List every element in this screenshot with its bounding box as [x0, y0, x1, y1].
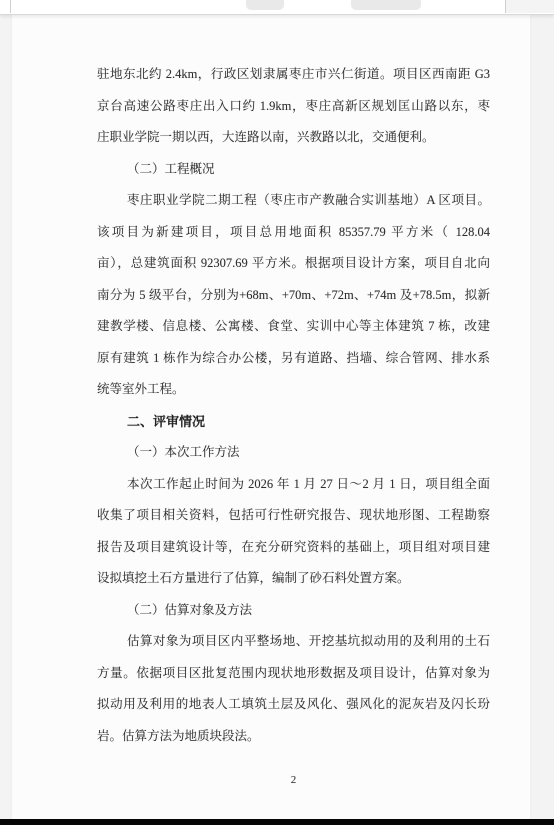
tab-stub-small[interactable] [246, 0, 284, 10]
doc-text-line: 报告及项目建筑设计等，在充分研究资料的基础上，项目组对项目建 [97, 532, 490, 564]
bottom-edge-bar [0, 819, 554, 825]
page-number: 2 [97, 765, 490, 797]
doc-text-line: （一）本次工作方法 [97, 437, 490, 469]
doc-text-line: 统等室外工程。 [97, 374, 490, 406]
doc-text-line: 枣庄职业学院二期工程（枣庄市产教融合实训基地）A 区项目。 [97, 185, 490, 217]
doc-heading-line: 二、评审情况 [97, 406, 490, 438]
doc-text-line: 拟动用及利用的地表人工填筑土层及风化、强风化的泥灰岩及闪长玢 [97, 689, 490, 721]
doc-text-line: 估算对象为项目区内平整场地、开挖基坑拟动用的及利用的土石 [97, 626, 490, 658]
top-bar-right-panel [506, 0, 554, 13]
top-bar [0, 0, 554, 15]
doc-text-line: 收集了项目相关资料，包括可行性研究报告、现状地形图、工程勘察 [97, 500, 490, 532]
top-bar-separator-left [10, 0, 11, 13]
doc-text-line: 方量。依据项目区批复范围内现状地形数据及项目设计，估算对象为 [97, 658, 490, 690]
doc-text-line: 南分为 5 级平台，分别为+68m、+70m、+72m、+74m 及+78.5m… [97, 280, 490, 312]
doc-text-line: （二）工程概况 [97, 154, 490, 186]
tab-stub-large[interactable] [351, 0, 421, 10]
doc-text-line: 建教学楼、信息楼、公寓楼、食堂、实训中心等主体建筑 7 栋，改建 [97, 311, 490, 343]
doc-text-line: 原有建筑 1 栋作为综合办公楼，另有道路、挡墙、综合管网、排水系 [97, 343, 490, 375]
doc-text-line: 庄职业学院一期以西，大连路以南，兴教路以北，交通便利。 [97, 122, 490, 154]
doc-text-line: 亩），总建筑面积 92307.69 平方米。根据项目设计方案，项目自北向 [97, 248, 490, 280]
doc-text-line: （二）估算对象及方法 [97, 595, 490, 627]
document-page: 驻地东北约 2.4km，行政区划隶属枣庄市兴仁街道。项目区西南距 G3京台高速公… [12, 15, 530, 819]
doc-lines: 驻地东北约 2.4km，行政区划隶属枣庄市兴仁街道。项目区西南距 G3京台高速公… [97, 59, 490, 797]
document-viewer[interactable]: 驻地东北约 2.4km，行政区划隶属枣庄市兴仁街道。项目区西南距 G3京台高速公… [0, 15, 554, 819]
doc-text-line: 设拟填挖土石方量进行了估算，编制了砂石料处置方案。 [97, 563, 490, 595]
doc-text-line: 驻地东北约 2.4km，行政区划隶属枣庄市兴仁街道。项目区西南距 G3 [97, 59, 490, 91]
doc-text-line: 本次工作起止时间为 2026 年 1 月 27 日～2 月 1 日，项目组全面 [97, 469, 490, 501]
doc-text-line: 岩。估算方法为地质块段法。 [97, 721, 490, 753]
doc-text-line: 该项目为新建项目，项目总用地面积 85357.79 平方米（ 128.04 [97, 217, 490, 249]
doc-text-line: 京台高速公路枣庄出入口约 1.9km，枣庄高新区规划匡山路以东，枣 [97, 91, 490, 123]
